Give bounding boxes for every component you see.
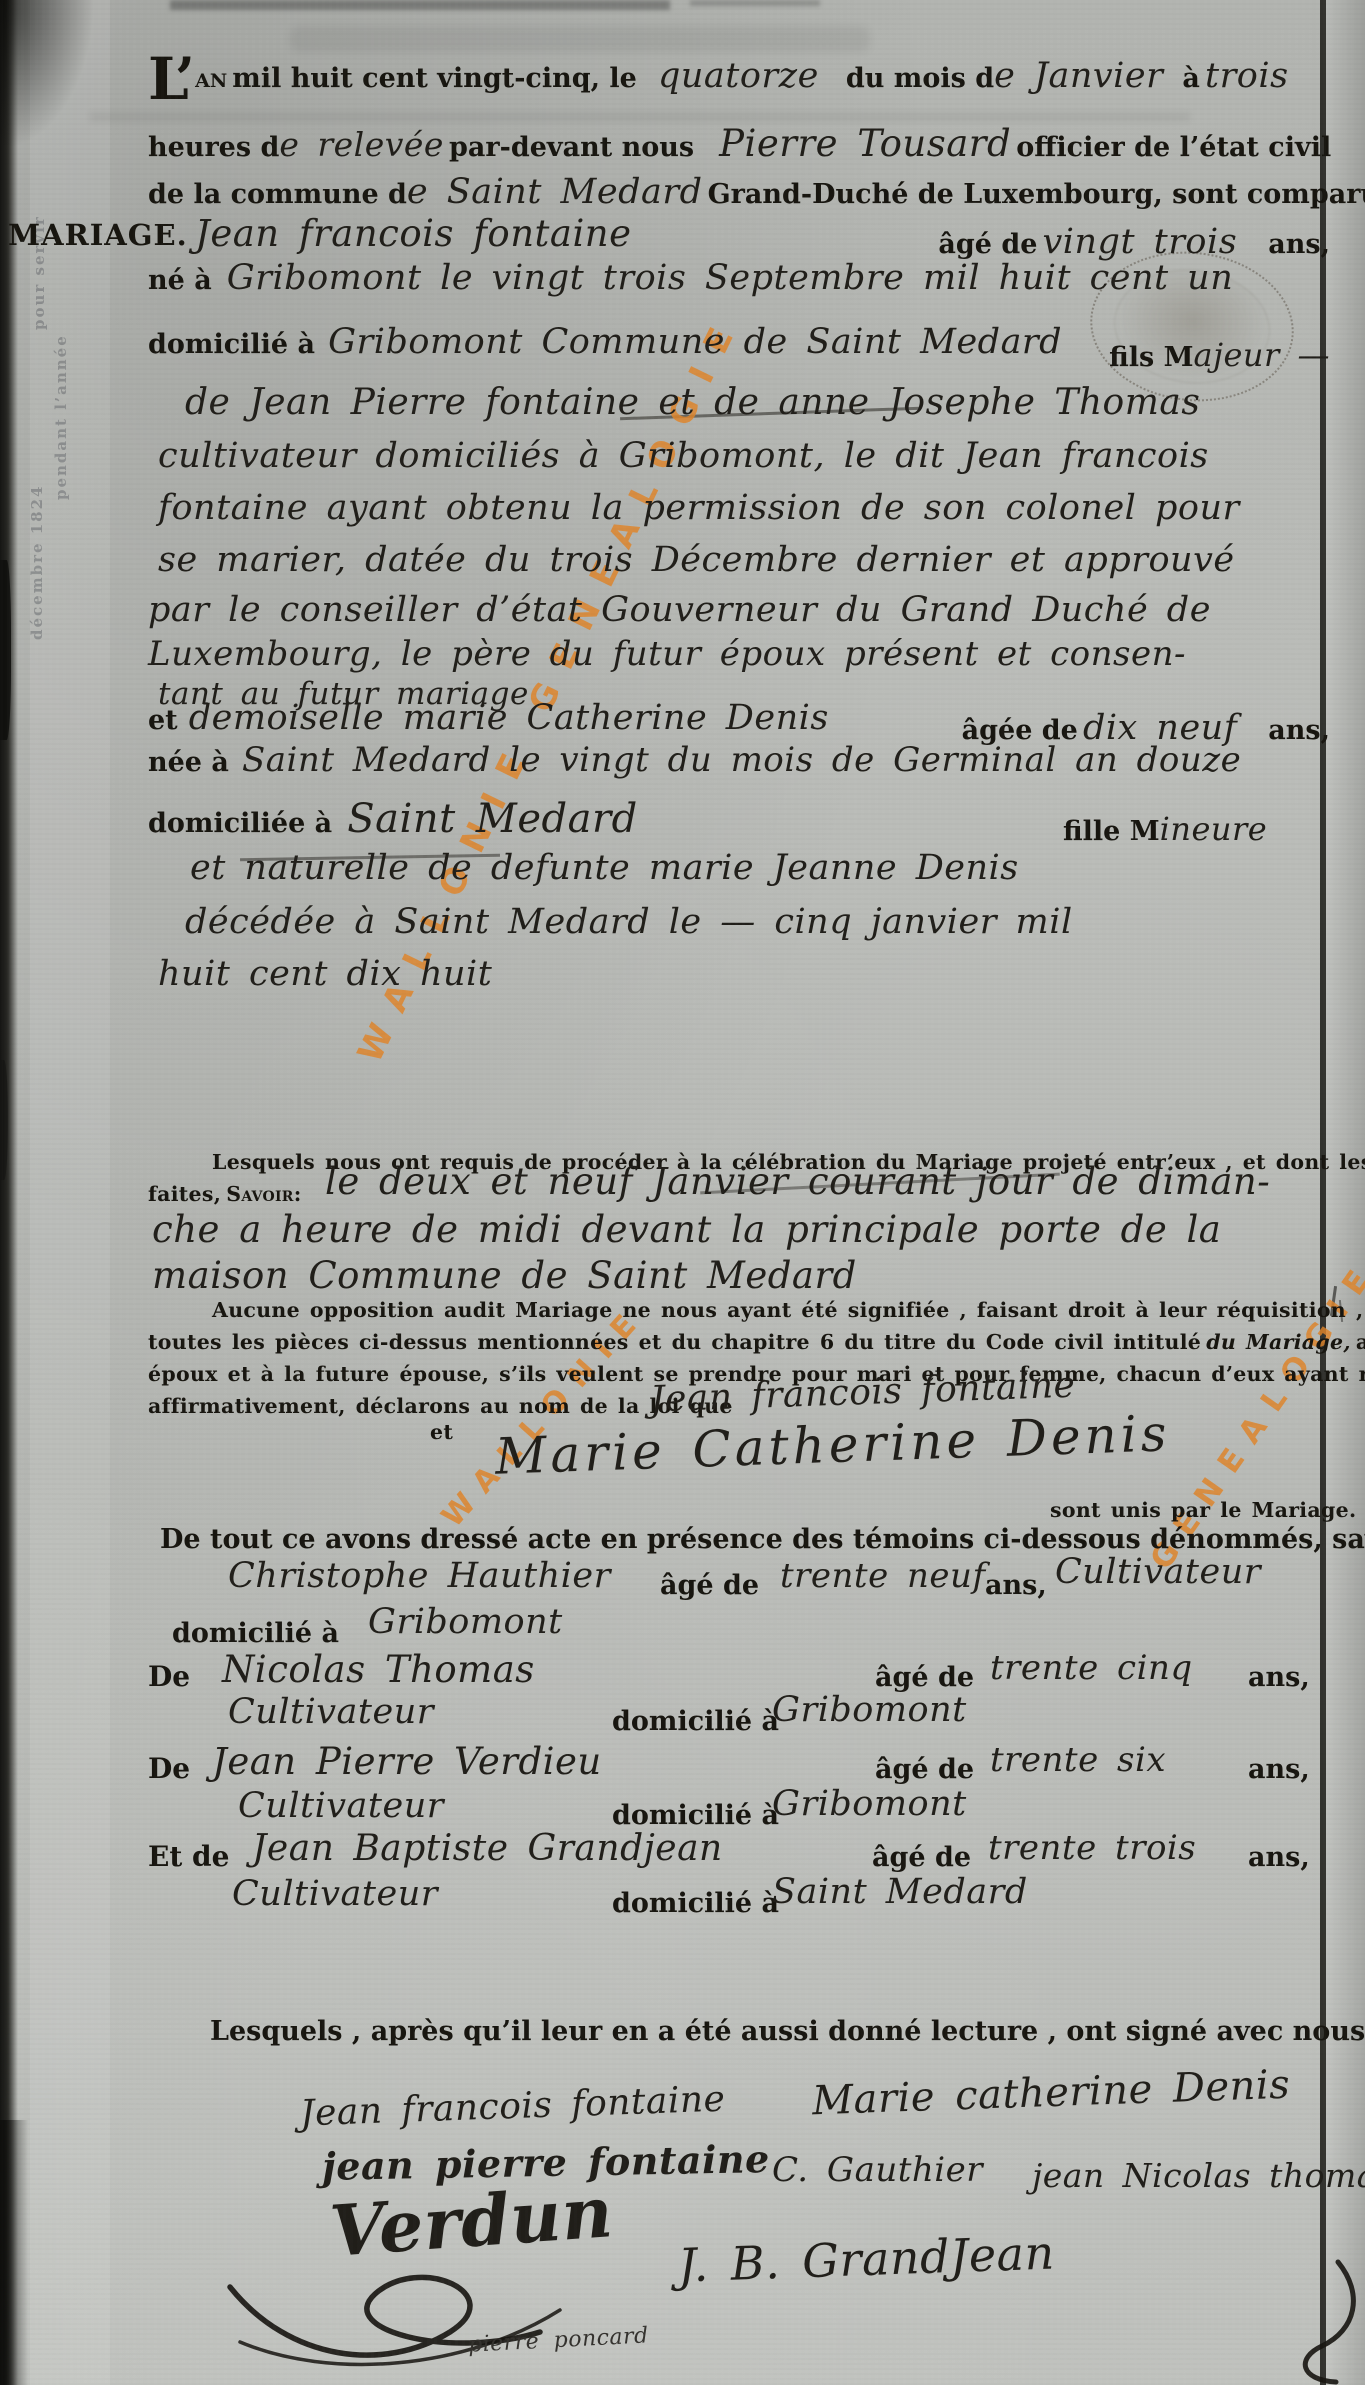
witness-2-de: De [148, 1660, 190, 1693]
groom-birth: Gribomont le vingt trois Septembre mil h… [227, 258, 1233, 298]
bride-mother-line-3: huit cent dix huit [158, 954, 492, 994]
groom-permission-line-1: fontaine ayant obtenu la permission de s… [158, 488, 1240, 528]
witness-1-name: Christophe Hauthier [228, 1556, 611, 1596]
witness-2-age: trente cinq [990, 1648, 1193, 1688]
handwritten-relevee: e relevée [279, 125, 444, 164]
printed-domiciliee-a: domiciliée à [148, 808, 332, 839]
handwritten-ineure: ineure [1160, 810, 1268, 848]
bride-name: demoiselle marie Catherine Denis [189, 698, 829, 738]
printed-ne-a: né à [148, 265, 212, 296]
witness-4-ans: ans, [1248, 1842, 1310, 1873]
groom-filiation-group: fils Majeur — [1109, 336, 1330, 374]
left-corner-shadow [0, 0, 95, 150]
signature-poncard: pierre poncard [467, 2323, 649, 2357]
bride-filiation-group: fille Mineure [1063, 810, 1267, 848]
printed-an: an [195, 63, 227, 94]
bride-mother-line-2: décédée à Saint Medard le — cinq janvier… [185, 902, 1073, 942]
printed-savoir: Savoir: [226, 1182, 301, 1206]
closing-printed-line: Lesquels , après qu’il leur en a été aus… [210, 2016, 1365, 2047]
witness-4-age: trente trois [988, 1828, 1196, 1868]
bride-domicile-line: domiciliée à Saint Medard fille Mineure [148, 796, 1330, 842]
bride-domicile: Saint Medard [347, 796, 637, 842]
ghost-bleed-band-2 [90, 112, 1190, 122]
groom-parents-line-1: de Jean Pierre fontaine et de anne Josep… [185, 382, 1200, 423]
opposition-line-2a: toutes les pièces ci-dessus mentionnées … [148, 1330, 1201, 1354]
witness-3-name: Jean Pierre Verdieu [212, 1740, 602, 1783]
witness-3-age: trente six [990, 1740, 1166, 1780]
margin-act-label: MARIAGE. [8, 218, 188, 252]
left-binding-edge [0, 0, 18, 2385]
witness-4-et-de: Et de [148, 1840, 229, 1873]
scanned-marriage-act-page: WALLONIE GENEALOGIE WALLONIE GENEALOGIE … [0, 0, 1365, 2385]
witness-4-age-label: âgé de [872, 1842, 971, 1873]
printed-et: et [148, 705, 178, 736]
ghost-bleed-band-1 [290, 26, 870, 52]
witness-1-age: trente neuf [780, 1556, 986, 1596]
witness-2-ans: ans, [1248, 1662, 1310, 1693]
groom-permission-line-3: par le conseiller d’état Gouverneur du G… [148, 590, 1211, 630]
groom-birth-line: né à Gribomont le vingt trois Septembre … [148, 258, 1233, 298]
printed-a: à [1182, 63, 1200, 94]
witnesses-intro: De tout ce avons dressé acte en présence… [160, 1524, 1365, 1555]
witness-3-domicile-label: domicilié à [612, 1800, 779, 1831]
opposition-line-2: toutes les pièces ci-dessus mentionnées … [148, 1330, 1365, 1354]
printed-fils-m: fils M [1109, 342, 1193, 373]
margin-bleed-text-2: pendant l’année [52, 334, 70, 500]
commune-name: e Saint Medard [407, 172, 703, 212]
groom-domicile: Gribomont Commune de Saint Medard [328, 322, 1062, 362]
groom-age: vingt trois [1043, 222, 1238, 262]
signature-flourish-grandjean [1280, 2258, 1365, 2385]
witness-2-occupation: Cultivateur [228, 1692, 434, 1732]
printed-et-union: et [430, 1420, 453, 1444]
opposition-line-2-italic: du Mariage, [1206, 1330, 1351, 1354]
printed-officier: officier de l’état civil [1016, 132, 1331, 163]
handwritten-month: e Janvier [994, 56, 1163, 96]
groom-consent-line: Luxembourg, le père du futur époux prése… [148, 634, 1186, 674]
groom-domicile-line: domicilié à Gribomont Commune de Saint M… [148, 322, 1330, 362]
printed-commune-intro: de la commune d [148, 179, 407, 210]
top-edge-smudge-1 [170, 0, 670, 10]
witness-2-name: Nicolas Thomas [222, 1648, 535, 1691]
groom-parents-line-2: cultivateur domiciliés à Gribomont, le d… [158, 436, 1209, 476]
witness-1-occupation: Cultivateur [1055, 1552, 1261, 1592]
printed-fille-m: fille M [1063, 816, 1160, 847]
top-edge-smudge-2 [690, 0, 820, 6]
publications-printed-line-2: faites, Savoir: [148, 1182, 302, 1206]
signature-groom: Jean francois fontaine [299, 2079, 726, 2135]
printed-pardevant: par-devant nous [449, 132, 694, 163]
witness-1-age-label: âgé de [660, 1570, 759, 1601]
opposition-line-2c: avons demandé au futur [1356, 1330, 1365, 1354]
witness-4-domicile: Saint Medard [772, 1872, 1028, 1912]
witness-3-ans: ans, [1248, 1754, 1310, 1785]
printed-age-label: âgé de [938, 229, 1037, 260]
signature-grandjean: J. B. GrandJean [677, 2225, 1055, 2292]
witness-1-domicile: Gribomont [368, 1602, 563, 1642]
handwritten-day: quatorze [658, 56, 819, 96]
publications-handwritten-3: maison Commune de Saint Medard [152, 1254, 857, 1297]
signature-thomas: jean Nicolas thomas [1032, 2156, 1365, 2195]
publications-handwritten-2: che a heure de midi devant la principale… [152, 1208, 1221, 1251]
groom-permission-line-2: se marier, datée du trois Décembre derni… [158, 540, 1235, 580]
left-edge-blob-2 [0, 1060, 8, 1180]
groom-name-line: Jean francois fontaine âgé de vingt troi… [195, 212, 1330, 255]
printed-nee-a: née à [148, 747, 229, 778]
opposition-line-1: Aucune opposition audit Mariage ne nous … [212, 1298, 1365, 1322]
printed-month-intro: du mois d [846, 63, 994, 94]
act-header-line-3: de la commune de Saint Medard Grand-Duch… [148, 172, 1365, 212]
signature-gauthier: C. Gauthier [772, 2150, 983, 2190]
witness-4-domicile-label: domicilié à [612, 1888, 779, 1919]
bride-birth: Saint Medard le vingt du mois de Germina… [242, 740, 1241, 780]
witness-3-age-label: âgé de [875, 1754, 974, 1785]
printed-union-clause: sont unis par le Mariage. [1050, 1498, 1356, 1522]
witness-4-name: Jean Baptiste Grandjean [252, 1828, 723, 1869]
bride-name-line: et demoiselle marie Catherine Denis âgée… [148, 698, 1330, 738]
publications-handwritten-1: le deux et neuf Janvier courant jour de … [325, 1160, 1270, 1203]
printed-heures: heures d [148, 132, 279, 163]
witness-3-occupation: Cultivateur [238, 1786, 444, 1826]
witness-3-domicile: Gribomont [772, 1784, 967, 1824]
officer-name: Pierre Tousard [719, 122, 1011, 165]
printed-date-intro: mil huit cent vingt-cinq, le [232, 63, 637, 94]
groom-name: Jean francois fontaine [195, 212, 632, 255]
left-bottom-shadow [0, 2120, 28, 2385]
witness-3-de: De [148, 1752, 190, 1785]
printed-grand-duche: Grand-Duché de Luxembourg, sont comparus [708, 179, 1365, 210]
witness-1-ans: ans, [985, 1570, 1047, 1601]
act-header-line-2: heures de relevée par-devant nous Pierre… [148, 122, 1331, 165]
printed-ans: ans, [1268, 229, 1330, 260]
groom-age-group: âgé de vingt trois ans, [938, 222, 1330, 262]
witness-1-domicile-label: domicilié à [172, 1618, 339, 1649]
witness-2-domicile-label: domicilié à [612, 1706, 779, 1737]
handwritten-ajeur: ajeur — [1193, 336, 1330, 374]
handwritten-hour: trois [1205, 56, 1289, 96]
witness-4-occupation: Cultivateur [232, 1874, 438, 1914]
left-edge-blob-1 [0, 560, 11, 740]
printed-domicilie-a: domicilié à [148, 329, 315, 360]
printed-faites: faites, [148, 1182, 221, 1206]
signature-bride: Marie catherine Denis [811, 2062, 1291, 2125]
act-header-line-1: L’an mil huit cent vingt-cinq, le quator… [148, 56, 1289, 102]
margin-bleed-text-3: décembre 1824 [28, 485, 46, 641]
gutter-highlight [30, 0, 110, 2385]
printed-ans-2: ans, [1268, 715, 1330, 746]
opposition-line-4: affirmativement, déclarons au nom de la … [148, 1394, 733, 1418]
witness-2-domicile: Gribomont [772, 1690, 967, 1730]
bride-birth-line: née à Saint Medard le vingt du mois de G… [148, 740, 1241, 780]
dropcap-L: L’ [148, 45, 195, 113]
witness-2-age-label: âgé de [875, 1662, 974, 1693]
bride-mother-line-1: et naturelle de defunte marie Jeanne Den… [190, 848, 1019, 888]
